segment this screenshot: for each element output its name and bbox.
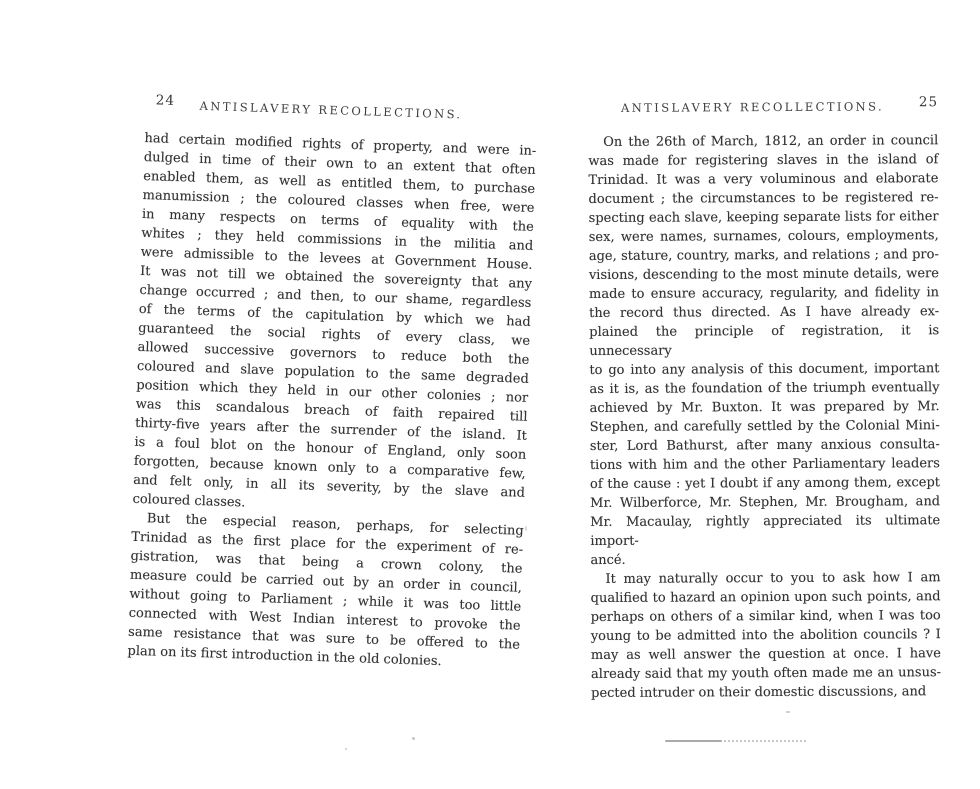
text-line: achieved by Mr. Buxton. It was prepared … <box>590 397 940 418</box>
text-line: perhaps on others of a similar kind, whe… <box>591 606 941 627</box>
page-24-body: had certain modified rights of property,… <box>127 129 536 674</box>
scan-artifact-speck <box>525 526 527 531</box>
page-25-body: On the 26th of March, 1812, an order in … <box>588 131 941 703</box>
page-number-left: 24 <box>156 92 176 109</box>
page-25-header: ANTISLAVERY RECOLLECTIONS. 25 <box>588 96 938 118</box>
text-line: may as well answer the question at once.… <box>591 644 941 665</box>
page-25: ANTISLAVERY RECOLLECTIONS. 25 On the 26t… <box>588 96 941 703</box>
text-line: young to be admitted into the abolition … <box>591 625 941 646</box>
text-line: ster, Lord Bathurst, after many anxious … <box>590 435 940 456</box>
text-line: of the cause : yet I doubt if any among … <box>590 473 940 494</box>
text-line: Trinidad. It was a very voluminous and e… <box>588 169 938 190</box>
page-24: 24 ANTISLAVERY RECOLLECTIONS. had certai… <box>127 94 538 674</box>
text-line: plained the principle of registration, i… <box>589 321 939 361</box>
text-line: as it is, as the foundation of the trium… <box>589 378 939 399</box>
text-line: Stephen, and carefully settled by the Co… <box>590 416 940 437</box>
page-24-header: 24 ANTISLAVERY RECOLLECTIONS. <box>145 94 537 127</box>
text-line: sex, were names, surnames, colours, empl… <box>589 226 939 247</box>
page-number-right: 25 <box>919 94 938 110</box>
paragraph: On the 26th of March, 1812, an order in … <box>588 131 940 570</box>
scan-artifact-speck <box>345 748 347 750</box>
running-head-right: ANTISLAVERY RECOLLECTIONS. <box>621 99 884 114</box>
text-line: was made for registering slaves in the i… <box>588 150 938 171</box>
text-line: the record thus directed. As I have alre… <box>589 302 939 323</box>
text-line: Mr. Macaulay, rightly appreciated its ul… <box>590 511 940 551</box>
text-line: age, stature, country, marks, and relati… <box>589 245 939 266</box>
text-line: to go into any analysis of this document… <box>589 359 939 380</box>
text-line: made to ensure accuracy, regularity, and… <box>589 283 939 304</box>
paragraph: It may naturally occur to you to ask how… <box>590 568 941 703</box>
paragraph: But the especial reason, perhaps, for se… <box>127 509 524 674</box>
text-line: Mr. Wilberforce, Mr. Stephen, Mr. Brough… <box>590 492 940 513</box>
text-line: ancé. <box>590 549 940 570</box>
text-line: pected intruder on their domestic discus… <box>591 682 941 703</box>
text-line: It may naturally occur to you to ask how… <box>590 568 940 589</box>
text-line: document ; the circumstances to be regis… <box>588 188 938 209</box>
running-head-left: ANTISLAVERY RECOLLECTIONS. <box>199 99 462 122</box>
text-line: specting each slave, keeping separate li… <box>589 207 939 228</box>
scan-artifact-speck <box>412 737 415 740</box>
book-scan-spread: { "colors": { "paper": "#ffffff", "ink":… <box>0 0 980 789</box>
text-line: tions with him and the other Parliamenta… <box>590 454 940 475</box>
text-line: qualified to hazard an opinion upon such… <box>591 587 941 608</box>
scan-artifact-speck <box>786 711 790 713</box>
scan-artifact-smudge <box>665 740 722 742</box>
text-line: already said that my youth often made me… <box>591 663 941 684</box>
scan-artifact-dashes <box>724 740 806 742</box>
paragraph: had certain modified rights of property,… <box>132 129 536 522</box>
scan-artifact-speck <box>523 412 525 414</box>
text-line: visions, descending to the most minute d… <box>589 264 939 285</box>
text-line: On the 26th of March, 1812, an order in … <box>588 131 938 152</box>
